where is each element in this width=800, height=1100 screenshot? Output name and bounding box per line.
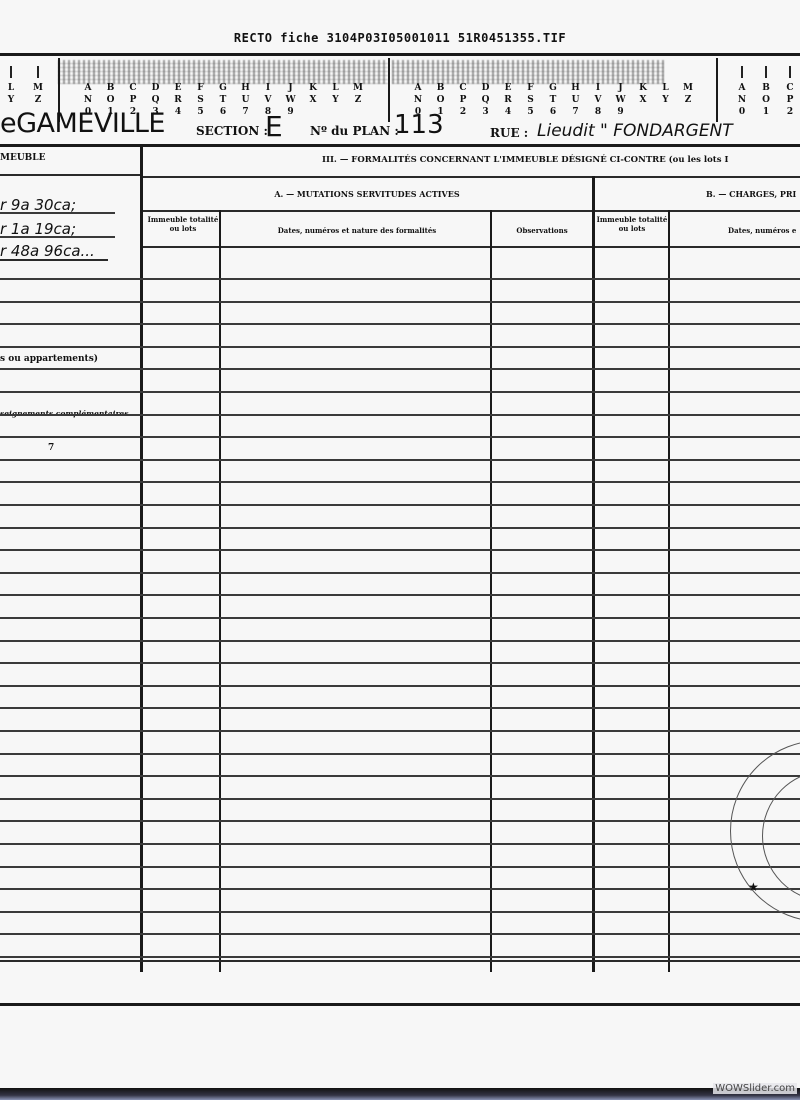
index-letter: 6 [217,107,229,118]
lots-label: s ou appartements) [0,354,98,364]
row-rule [0,594,800,596]
watermark: WOWSlider.com [713,1083,797,1094]
index-letter: I [262,83,274,94]
index-letter: O [105,95,117,106]
index-letter: Q [480,95,492,106]
section-III-heading: III. — FORMALITÉS CONCERNANT L'IMMEUBLE … [322,155,728,165]
col-A-immeuble: Immeuble totalité ou lots [145,215,221,233]
rue-label: RUE : [490,126,528,140]
plan-label: Nº du PLAN : [310,124,399,138]
index-letter: B [760,83,772,94]
row-rule [0,775,800,777]
index-letter: L [660,83,672,94]
row-rule [0,527,800,529]
row-rule [0,707,800,709]
index-letter: D [150,83,162,94]
index-letter: 5 [195,107,207,118]
rule [0,174,140,176]
index-letter: P [127,95,139,106]
row-rule [0,730,800,732]
index-letter: Y [5,95,17,106]
index-letter: J [285,83,297,94]
row-rule [0,956,800,958]
index-letter: 4 [172,107,184,118]
index-letter: Q [150,95,162,106]
top-border [0,53,800,56]
part-B-heading: B. — CHARGES, PRI [596,189,800,199]
left-panel-heading: MEUBLE [0,153,45,163]
index-letter: D [480,83,492,94]
stamp-star-icon: ★ [748,880,759,894]
part-A-heading: A. — MUTATIONS SERVITUDES ACTIVES [142,189,592,199]
row-rule [0,753,800,755]
index-letter: R [172,95,184,106]
index-letter: I [592,83,604,94]
index-letter: 6 [547,107,559,118]
row-rule [0,391,800,393]
index-letter: T [217,95,229,106]
rue-value: Lieudit " FONDARGENT [537,121,733,141]
index-letter: 0 [736,107,748,118]
index-letter: O [760,95,772,106]
index-letter: H [570,83,582,94]
page-bottom-border [0,1003,800,1006]
rule [142,210,800,212]
col-B-dates: Dates, numéros e [672,226,800,235]
row-rule [0,368,800,370]
index-letter: J [615,83,627,94]
left-panel-divider [140,144,143,972]
rule [142,176,800,178]
section-value: E [265,110,283,143]
row-rule [0,323,800,325]
index-letter: N [412,95,424,106]
index-letter: 3 [480,107,492,118]
row-rule [0,888,800,890]
index-letter: A [82,83,94,94]
index-letter: C [457,83,469,94]
document-title: RECTO fiche 3104P03I05001011 51R0451355.… [0,31,800,45]
row-rule [0,572,800,574]
scanned-document-page: RECTO fiche 3104P03I05001011 51R0451355.… [0,0,800,1088]
commune-name: eGAMEVILLE [0,108,165,139]
row-rule [0,685,800,687]
index-letter: T [547,95,559,106]
index-letter: C [784,83,796,94]
index-letter: N [736,95,748,106]
index-letter: N [82,95,94,106]
index-letter: 9 [615,107,627,118]
index-letter: Z [682,95,694,106]
index-letter: 7 [240,107,252,118]
index-letter: M [32,83,44,94]
row-rule [0,549,800,551]
index-letter: H [240,83,252,94]
row-rule [0,820,800,822]
header-bottom-border [0,144,800,147]
index-letter: B [105,83,117,94]
area-3: r 48a 96ca... [0,242,95,260]
index-letter: K [637,83,649,94]
index-letter: P [457,95,469,106]
row-rule [0,301,800,303]
col-A-dates: Dates, numéros et nature des formalités [222,226,492,235]
index-letter: E [172,83,184,94]
index-letter: Z [352,95,364,106]
row-rule [0,346,800,348]
row-rule [0,481,800,483]
index-letter: V [262,95,274,106]
index-tick [10,66,12,78]
index-letter: F [525,83,537,94]
index-letter: W [615,95,627,106]
index-letter: W [285,95,297,106]
index-letter: 1 [760,107,772,118]
index-letter: E [502,83,514,94]
row-rule [0,640,800,642]
index-tick [765,66,767,78]
index-letter: 8 [592,107,604,118]
index-letter: V [592,95,604,106]
table-bottom-border [0,960,800,962]
index-letter: M [352,83,364,94]
row-rule [0,843,800,845]
index-letter: O [435,95,447,106]
row-rule [0,911,800,913]
index-tick [789,66,791,78]
index-letter: X [637,95,649,106]
section-label: SECTION : [196,124,268,138]
index-letter: 4 [502,107,514,118]
plan-value: 113 [394,110,444,140]
index-letter: U [240,95,252,106]
index-letter: 5 [525,107,537,118]
index-letter: R [502,95,514,106]
index-divider-3 [716,58,718,122]
left-number: 7 [48,443,54,453]
col-A-observations: Observations [494,226,590,235]
row-rule [0,617,800,619]
index-letter: A [412,83,424,94]
index-letter: G [217,83,229,94]
rule [0,259,108,261]
index-tick [741,66,743,78]
row-rule [0,504,800,506]
index-letter: P [784,95,796,106]
index-letter: B [435,83,447,94]
index-letter: A [736,83,748,94]
index-letter: F [195,83,207,94]
index-letter: K [307,83,319,94]
index-letter: S [525,95,537,106]
index-letter: X [307,95,319,106]
index-letter: 9 [285,107,297,118]
rule [0,212,115,214]
row-rule [0,933,800,935]
rule [142,246,800,248]
row-rule [0,459,800,461]
row-rule [0,798,800,800]
index-letter: L [330,83,342,94]
col-B-immeuble: Immeuble totalité ou lots [595,215,669,233]
col-divider-3 [592,176,595,972]
index-noise-block-2 [392,60,664,84]
index-letter: G [547,83,559,94]
row-rule [0,278,800,280]
rule [0,236,115,238]
index-letter: Z [32,95,44,106]
index-letter: 2 [457,107,469,118]
row-rule [0,414,800,416]
row-rule [0,662,800,664]
index-letter: 7 [570,107,582,118]
index-noise-block-1 [58,60,388,84]
index-letter: C [127,83,139,94]
row-rule [0,436,800,438]
index-letter: L [5,83,17,94]
index-letter: 2 [784,107,796,118]
index-divider-2 [388,58,390,122]
index-letter: M [682,83,694,94]
index-tick [37,66,39,78]
slider-footer-bar [0,1088,800,1100]
index-letter: Y [660,95,672,106]
index-letter: U [570,95,582,106]
index-letter: S [195,95,207,106]
row-rule [0,866,800,868]
index-letter: Y [330,95,342,106]
